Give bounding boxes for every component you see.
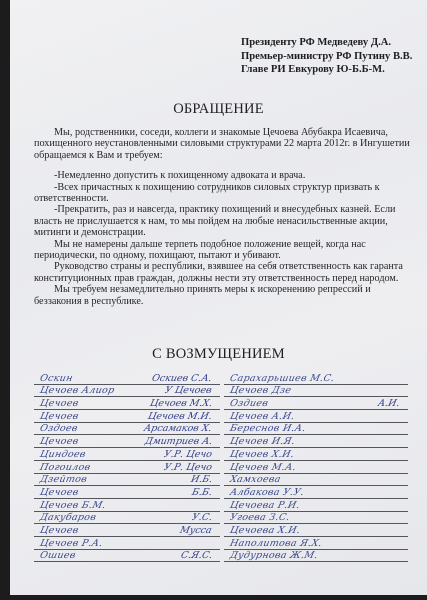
signature-line: ЦечоевМусса — [34, 524, 220, 537]
signature-line: Дудурнова Ж.М. — [224, 550, 408, 563]
signature-line: Угоева З.С. — [224, 512, 408, 525]
signature-mark: А.И. — [377, 398, 401, 409]
signature-line: Цечоев Х.И. — [224, 448, 408, 461]
addressee-line: Президенту РФ Медведеву Д.А. — [241, 36, 412, 50]
signature-name: Дакубаров — [39, 512, 97, 523]
signature-line: Цечоев Дзе — [224, 385, 408, 398]
signature-line: Цечоева Х.И. — [224, 524, 408, 537]
signature-name: Цечоев — [39, 411, 80, 422]
signature-name: Цечоева Х.И. — [229, 525, 301, 536]
signature-name: Погоилов — [39, 462, 92, 473]
signature-name: Ошиев — [39, 550, 77, 561]
signature-mark: С.Я.С. — [180, 550, 214, 561]
signature-name: Оздоев — [39, 423, 79, 434]
demand-item: -Всех причастных к похищению сотрудников… — [34, 182, 414, 205]
signature-mark: Мусса — [179, 525, 213, 536]
signature-line: ДзейтовИ.Б. — [34, 474, 220, 487]
signature-line: Хамхоева — [224, 474, 408, 487]
addressee-line: Главе РИ Евкурову Ю-Б.Б-М. — [241, 63, 412, 77]
signature-name: Дудурнова Ж.М. — [229, 550, 319, 561]
signature-name: Албакова У.У. — [229, 487, 305, 498]
signature-name: Береснов И.А. — [229, 423, 307, 434]
signature-line: ЦечоевЦечоев М.И. — [34, 410, 220, 423]
signature-line: ОшиевС.Я.С. — [34, 550, 220, 563]
signature-name: Цечоев — [39, 436, 80, 447]
signature-mark: Цечоев М.Х. — [149, 398, 214, 409]
signature-line: ЦиндоевУ.Р. Цечо — [34, 448, 220, 461]
signature-line: Цечоев И.Я. — [224, 435, 408, 448]
signature-mark: Оскиев С.А. — [151, 373, 213, 384]
signature-name: Цечоев — [39, 525, 80, 536]
signature-mark: Цечоев М.И. — [147, 411, 213, 422]
signature-column-left: ОскинОскиев С.А. Цечоев АлиорУ Цечоев Це… — [34, 372, 220, 562]
signature-name: Угоева З.С. — [229, 512, 291, 523]
signature-line: ЦечоевЦечоев М.Х. — [34, 397, 220, 410]
signature-name: Оскин — [39, 373, 74, 384]
addressee-block: Президенту РФ Медведеву Д.А. Премьер-мин… — [241, 36, 412, 77]
signature-name: Цечоев И.Я. — [229, 436, 296, 447]
signature-line: ОздиевА.И. — [224, 397, 408, 410]
signature-line: Цечоев А.И. — [224, 410, 408, 423]
demand-item: -Прекратить, раз и навсегда, практику по… — [34, 204, 414, 238]
signature-line: Сарахарьшиев М.С. — [224, 372, 408, 385]
signature-line: Цечоева Р.И. — [224, 499, 408, 512]
signature-name: Сарахарьшиев М.С. — [229, 373, 336, 384]
signature-line: ПогоиловУ.Р. Цечо — [34, 461, 220, 474]
signature-name: Цечоев — [39, 487, 80, 498]
signature-name: Цечоев М.А. — [229, 462, 297, 473]
signature-mark: Дмитриев А. — [144, 436, 214, 447]
signature-line: Цечоев Р.А. — [34, 537, 220, 550]
signature-line: Наполитова Я.Х. — [224, 537, 408, 550]
signature-name: Цечоев — [39, 398, 80, 409]
signature-name: Цечоев А.И. — [229, 411, 296, 422]
signature-name: Цечоев Р.А. — [39, 538, 104, 549]
signature-line: Цечоев АлиорУ Цечоев — [34, 385, 220, 398]
letter-page: Президенту РФ Медведеву Д.А. Премьер-мин… — [10, 0, 427, 595]
closing-heading: С ВОЗМУЩЕНИЕМ — [10, 346, 427, 363]
addressee-line: Премьер-министру РФ Путину В.В. — [241, 50, 412, 64]
demand-item: -Немедленно допустить к похищенному адво… — [34, 170, 414, 181]
signature-mark: У.Р. Цечо — [163, 462, 213, 473]
signature-line: ОскинОскиев С.А. — [34, 372, 220, 385]
signature-name: Циндоев — [39, 449, 87, 460]
signature-line: ЦечоевДмитриев А. — [34, 435, 220, 448]
appeal-body: Мы, родственники, соседи, коллеги и знак… — [34, 127, 414, 307]
signature-name: Оздиев — [229, 398, 269, 409]
signature-line: ДакубаровУ.С. — [34, 512, 220, 525]
intro-paragraph: Мы, родственники, соседи, коллеги и знак… — [34, 127, 414, 161]
signature-name: Цечоев Дзе — [229, 385, 293, 396]
body-paragraph: Руководство страны и республики, взявшее… — [34, 261, 414, 284]
signature-name: Цечоева Р.И. — [229, 500, 301, 511]
signature-line: ОздоевАрсамаков Х. — [34, 423, 220, 436]
signature-name: Наполитова Я.Х. — [229, 538, 323, 549]
body-paragraph: Мы требуем незамедлительно принять меры … — [34, 284, 414, 307]
signature-mark: У.Р. Цечо — [163, 449, 213, 460]
signature-name: Цечоев Б.М. — [39, 500, 107, 511]
signature-name: Цечоев Х.И. — [229, 449, 295, 460]
signature-mark: У Цечоев — [164, 385, 213, 396]
signature-mark: И.Б. — [190, 474, 214, 485]
document-title: ОБРАЩЕНИЕ — [10, 101, 427, 118]
signature-line: Береснов И.А. — [224, 423, 408, 436]
signature-name: Дзейтов — [39, 474, 88, 485]
signature-line: Албакова У.У. — [224, 486, 408, 499]
signature-name: Хамхоева — [229, 474, 282, 485]
signature-line: Цечоев М.А. — [224, 461, 408, 474]
signature-mark: Б.Б. — [191, 487, 213, 498]
signature-column-right: Сарахарьшиев М.С. Цечоев Дзе ОздиевА.И. … — [224, 372, 408, 562]
body-paragraph: Мы не намерены дальше терпеть подобное п… — [34, 239, 414, 262]
signature-mark: У.С. — [191, 512, 214, 523]
signature-line: ЦечоевБ.Б. — [34, 486, 220, 499]
signature-mark: Арсамаков Х. — [143, 423, 213, 434]
signature-name: Цечоев Алиор — [39, 385, 116, 396]
signature-line: Цечоев Б.М. — [34, 499, 220, 512]
